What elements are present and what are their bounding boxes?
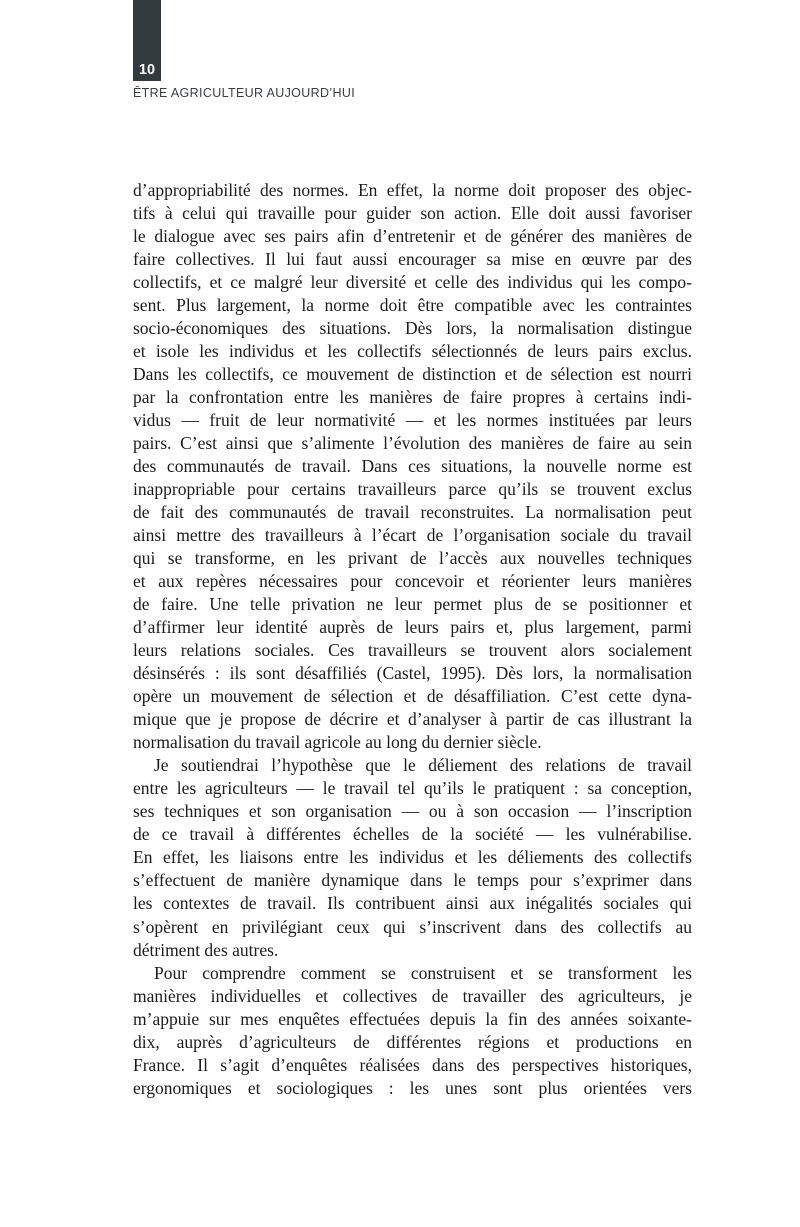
paragraph: Pour comprendre comment se construisent … <box>133 962 692 1100</box>
body-text: d’appropriabilité des normes. En effet, … <box>133 179 692 1100</box>
text-line: le dialogue avec ses pairs afin d’entret… <box>133 225 692 248</box>
page-number-tab: 10 <box>133 0 161 81</box>
running-header: ÊTRE AGRICULTEUR AUJOURD’HUI <box>133 86 355 100</box>
text-line: par la confrontation entre les manières … <box>133 386 692 409</box>
text-line: Je soutiendrai l’hypothèse que le déliem… <box>133 754 692 777</box>
text-line: dix, auprès d’agriculteurs de différente… <box>133 1031 692 1054</box>
text-line: désinsérés : ils sont désaffiliés (Caste… <box>133 662 692 685</box>
text-line: d’affirmer leur identité auprès de leurs… <box>133 616 692 639</box>
text-line: France. Il s’agit d’enquêtes réalisées d… <box>133 1054 692 1077</box>
text-line: En effet, les liaisons entre les individ… <box>133 846 692 869</box>
text-line: mique que je propose de décrire et d’ana… <box>133 708 692 731</box>
paragraph: Je soutiendrai l’hypothèse que le déliem… <box>133 754 692 961</box>
text-line: entre les agriculteurs — le travail tel … <box>133 777 692 800</box>
text-line: tifs à celui qui travaille pour guider s… <box>133 202 692 225</box>
text-line: leurs relations sociales. Ces travailleu… <box>133 639 692 662</box>
text-line: de fait des communautés de travail recon… <box>133 501 692 524</box>
book-page: 10 ÊTRE AGRICULTEUR AUJOURD’HUI d’approp… <box>0 0 800 1227</box>
text-line: m’appuie sur mes enquêtes effectuées dep… <box>133 1008 692 1031</box>
text-line: de ce travail à différentes échelles de … <box>133 823 692 846</box>
text-line: normalisation du travail agricole au lon… <box>133 731 692 754</box>
text-line: collectifs, et ce malgré leur diversité … <box>133 271 692 294</box>
text-line: s’opèrent en privilégiant ceux qui s’ins… <box>133 916 692 939</box>
text-line: et isole les individus et les collectifs… <box>133 340 692 363</box>
text-line: les contextes de travail. Ils contribuen… <box>133 892 692 915</box>
text-line: d’appropriabilité des normes. En effet, … <box>133 179 692 202</box>
text-line: pairs. C’est ainsi que s’alimente l’évol… <box>133 432 692 455</box>
paragraph: d’appropriabilité des normes. En effet, … <box>133 179 692 754</box>
text-line: manières individuelles et collectives de… <box>133 985 692 1008</box>
text-line: sent. Plus largement, la norme doit être… <box>133 294 692 317</box>
text-line: Dans les collectifs, ce mouvement de dis… <box>133 363 692 386</box>
text-line: vidus — fruit de leur normativité — et l… <box>133 409 692 432</box>
text-line: et aux repères nécessaires pour concevoi… <box>133 570 692 593</box>
text-line: de faire. Une telle privation ne leur pe… <box>133 593 692 616</box>
text-line: ainsi mettre des travailleurs à l’écart … <box>133 524 692 547</box>
text-line: s’effectuent de manière dynamique dans l… <box>133 869 692 892</box>
text-line: faire collectives. Il lui faut aussi enc… <box>133 248 692 271</box>
text-line: inappropriable pour certains travailleur… <box>133 478 692 501</box>
text-line: détriment des autres. <box>133 939 692 962</box>
text-line: opère un mouvement de sélection et de dé… <box>133 685 692 708</box>
text-line: des communautés de travail. Dans ces sit… <box>133 455 692 478</box>
text-line: socio-économiques des situations. Dès lo… <box>133 317 692 340</box>
text-line: ses techniques et son organisation — ou … <box>133 800 692 823</box>
text-line: qui se transforme, en les privant de l’a… <box>133 547 692 570</box>
page-number: 10 <box>139 63 155 82</box>
text-line: Pour comprendre comment se construisent … <box>133 962 692 985</box>
text-line: ergonomiques et sociologiques : les unes… <box>133 1077 692 1100</box>
